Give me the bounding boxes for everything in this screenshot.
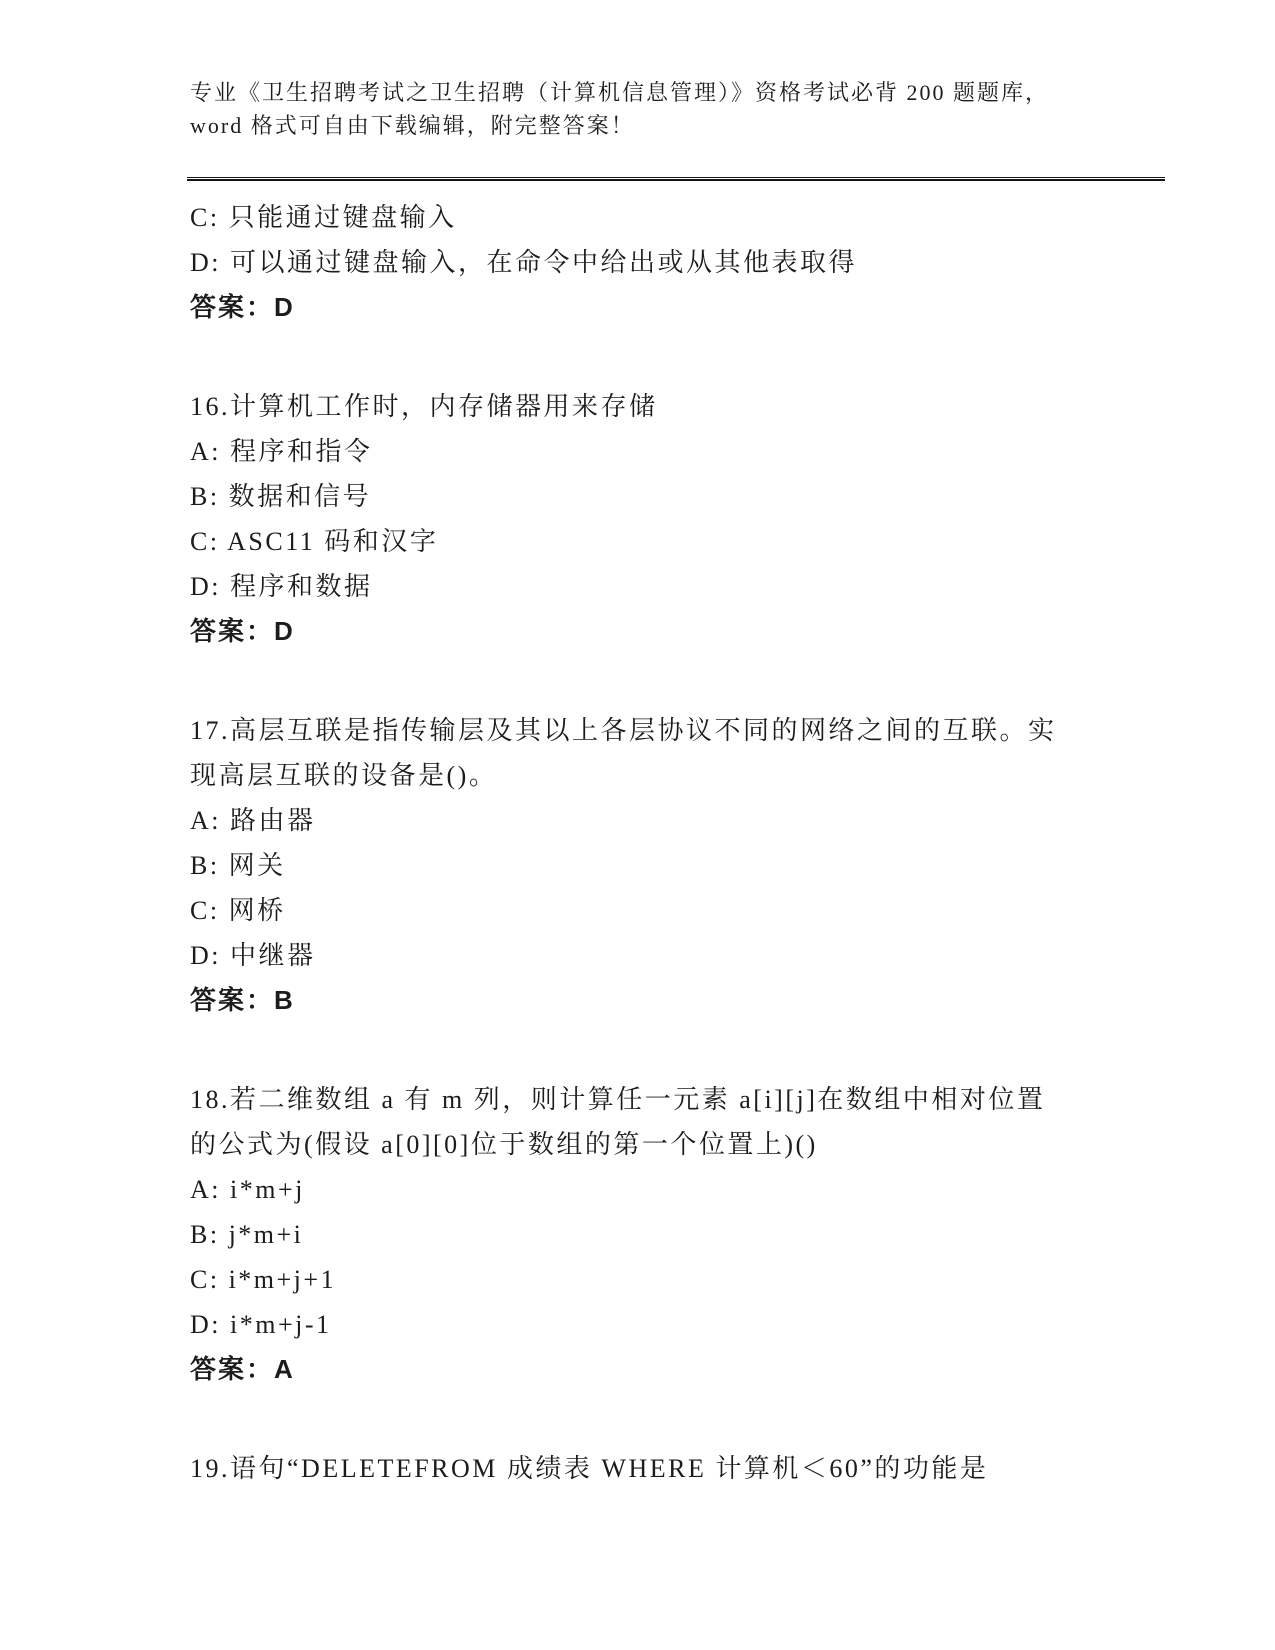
question-text: 16.计算机工作时，内存储器用来存储 (190, 384, 1175, 429)
question-block-partial: C: 只能通过键盘输入 D: 可以通过键盘输入，在命令中给出或从其他表取得 答案… (190, 195, 1175, 330)
header-line-2: word 格式可自由下载编辑，附完整答案！ (190, 109, 1175, 142)
option-c: C: 只能通过键盘输入 (190, 195, 1175, 240)
option-d: D: 中继器 (190, 933, 1175, 978)
option-d: D: 可以通过键盘输入，在命令中给出或从其他表取得 (190, 240, 1175, 285)
answer-text: 答案：D (190, 285, 1175, 330)
option-c: C: ASC11 码和汉字 (190, 519, 1175, 564)
answer-text: 答案：B (190, 978, 1175, 1023)
header-line-1: 专业《卫生招聘考试之卫生招聘（计算机信息管理）》资格考试必背 200 题题库， (190, 76, 1175, 109)
option-c: C: i*m+j+1 (190, 1257, 1175, 1302)
option-b: B: 数据和信号 (190, 474, 1175, 519)
option-a: A: 程序和指令 (190, 429, 1175, 474)
question-text: 19.语句“DELETEFROM 成绩表 WHERE 计算机＜60”的功能是 (190, 1446, 1175, 1491)
question-text-line-1: 17.高层互联是指传输层及其以上各层协议不同的网络之间的互联。实 (190, 708, 1175, 753)
question-block-17: 17.高层互联是指传输层及其以上各层协议不同的网络之间的互联。实 现高层互联的设… (190, 708, 1175, 1023)
question-block-16: 16.计算机工作时，内存储器用来存储 A: 程序和指令 B: 数据和信号 C: … (190, 384, 1175, 654)
document-page: 专业《卫生招聘考试之卫生招聘（计算机信息管理）》资格考试必背 200 题题库， … (0, 0, 1275, 1650)
question-text-line-2: 的公式为(假设 a[0][0]位于数组的第一个位置上)() (190, 1122, 1175, 1167)
question-block-18: 18.若二维数组 a 有 m 列，则计算任一元素 a[i][j]在数组中相对位置… (190, 1077, 1175, 1392)
answer-text: 答案：A (190, 1347, 1175, 1392)
question-text-line-2: 现高层互联的设备是()。 (190, 753, 1175, 798)
option-d: D: i*m+j-1 (190, 1302, 1175, 1347)
question-text-line-1: 18.若二维数组 a 有 m 列，则计算任一元素 a[i][j]在数组中相对位置 (190, 1077, 1175, 1122)
header-separator-rule (187, 177, 1165, 181)
document-header: 专业《卫生招聘考试之卫生招聘（计算机信息管理）》资格考试必背 200 题题库， … (190, 76, 1175, 142)
option-a: A: 路由器 (190, 798, 1175, 843)
option-b: B: 网关 (190, 843, 1175, 888)
answer-text: 答案：D (190, 609, 1175, 654)
option-d: D: 程序和数据 (190, 564, 1175, 609)
document-content: 专业《卫生招聘考试之卫生招聘（计算机信息管理）》资格考试必背 200 题题库， … (0, 0, 1275, 1491)
option-c: C: 网桥 (190, 888, 1175, 933)
option-a: A: i*m+j (190, 1167, 1175, 1212)
question-block-19: 19.语句“DELETEFROM 成绩表 WHERE 计算机＜60”的功能是 (190, 1446, 1175, 1491)
option-b: B: j*m+i (190, 1212, 1175, 1257)
